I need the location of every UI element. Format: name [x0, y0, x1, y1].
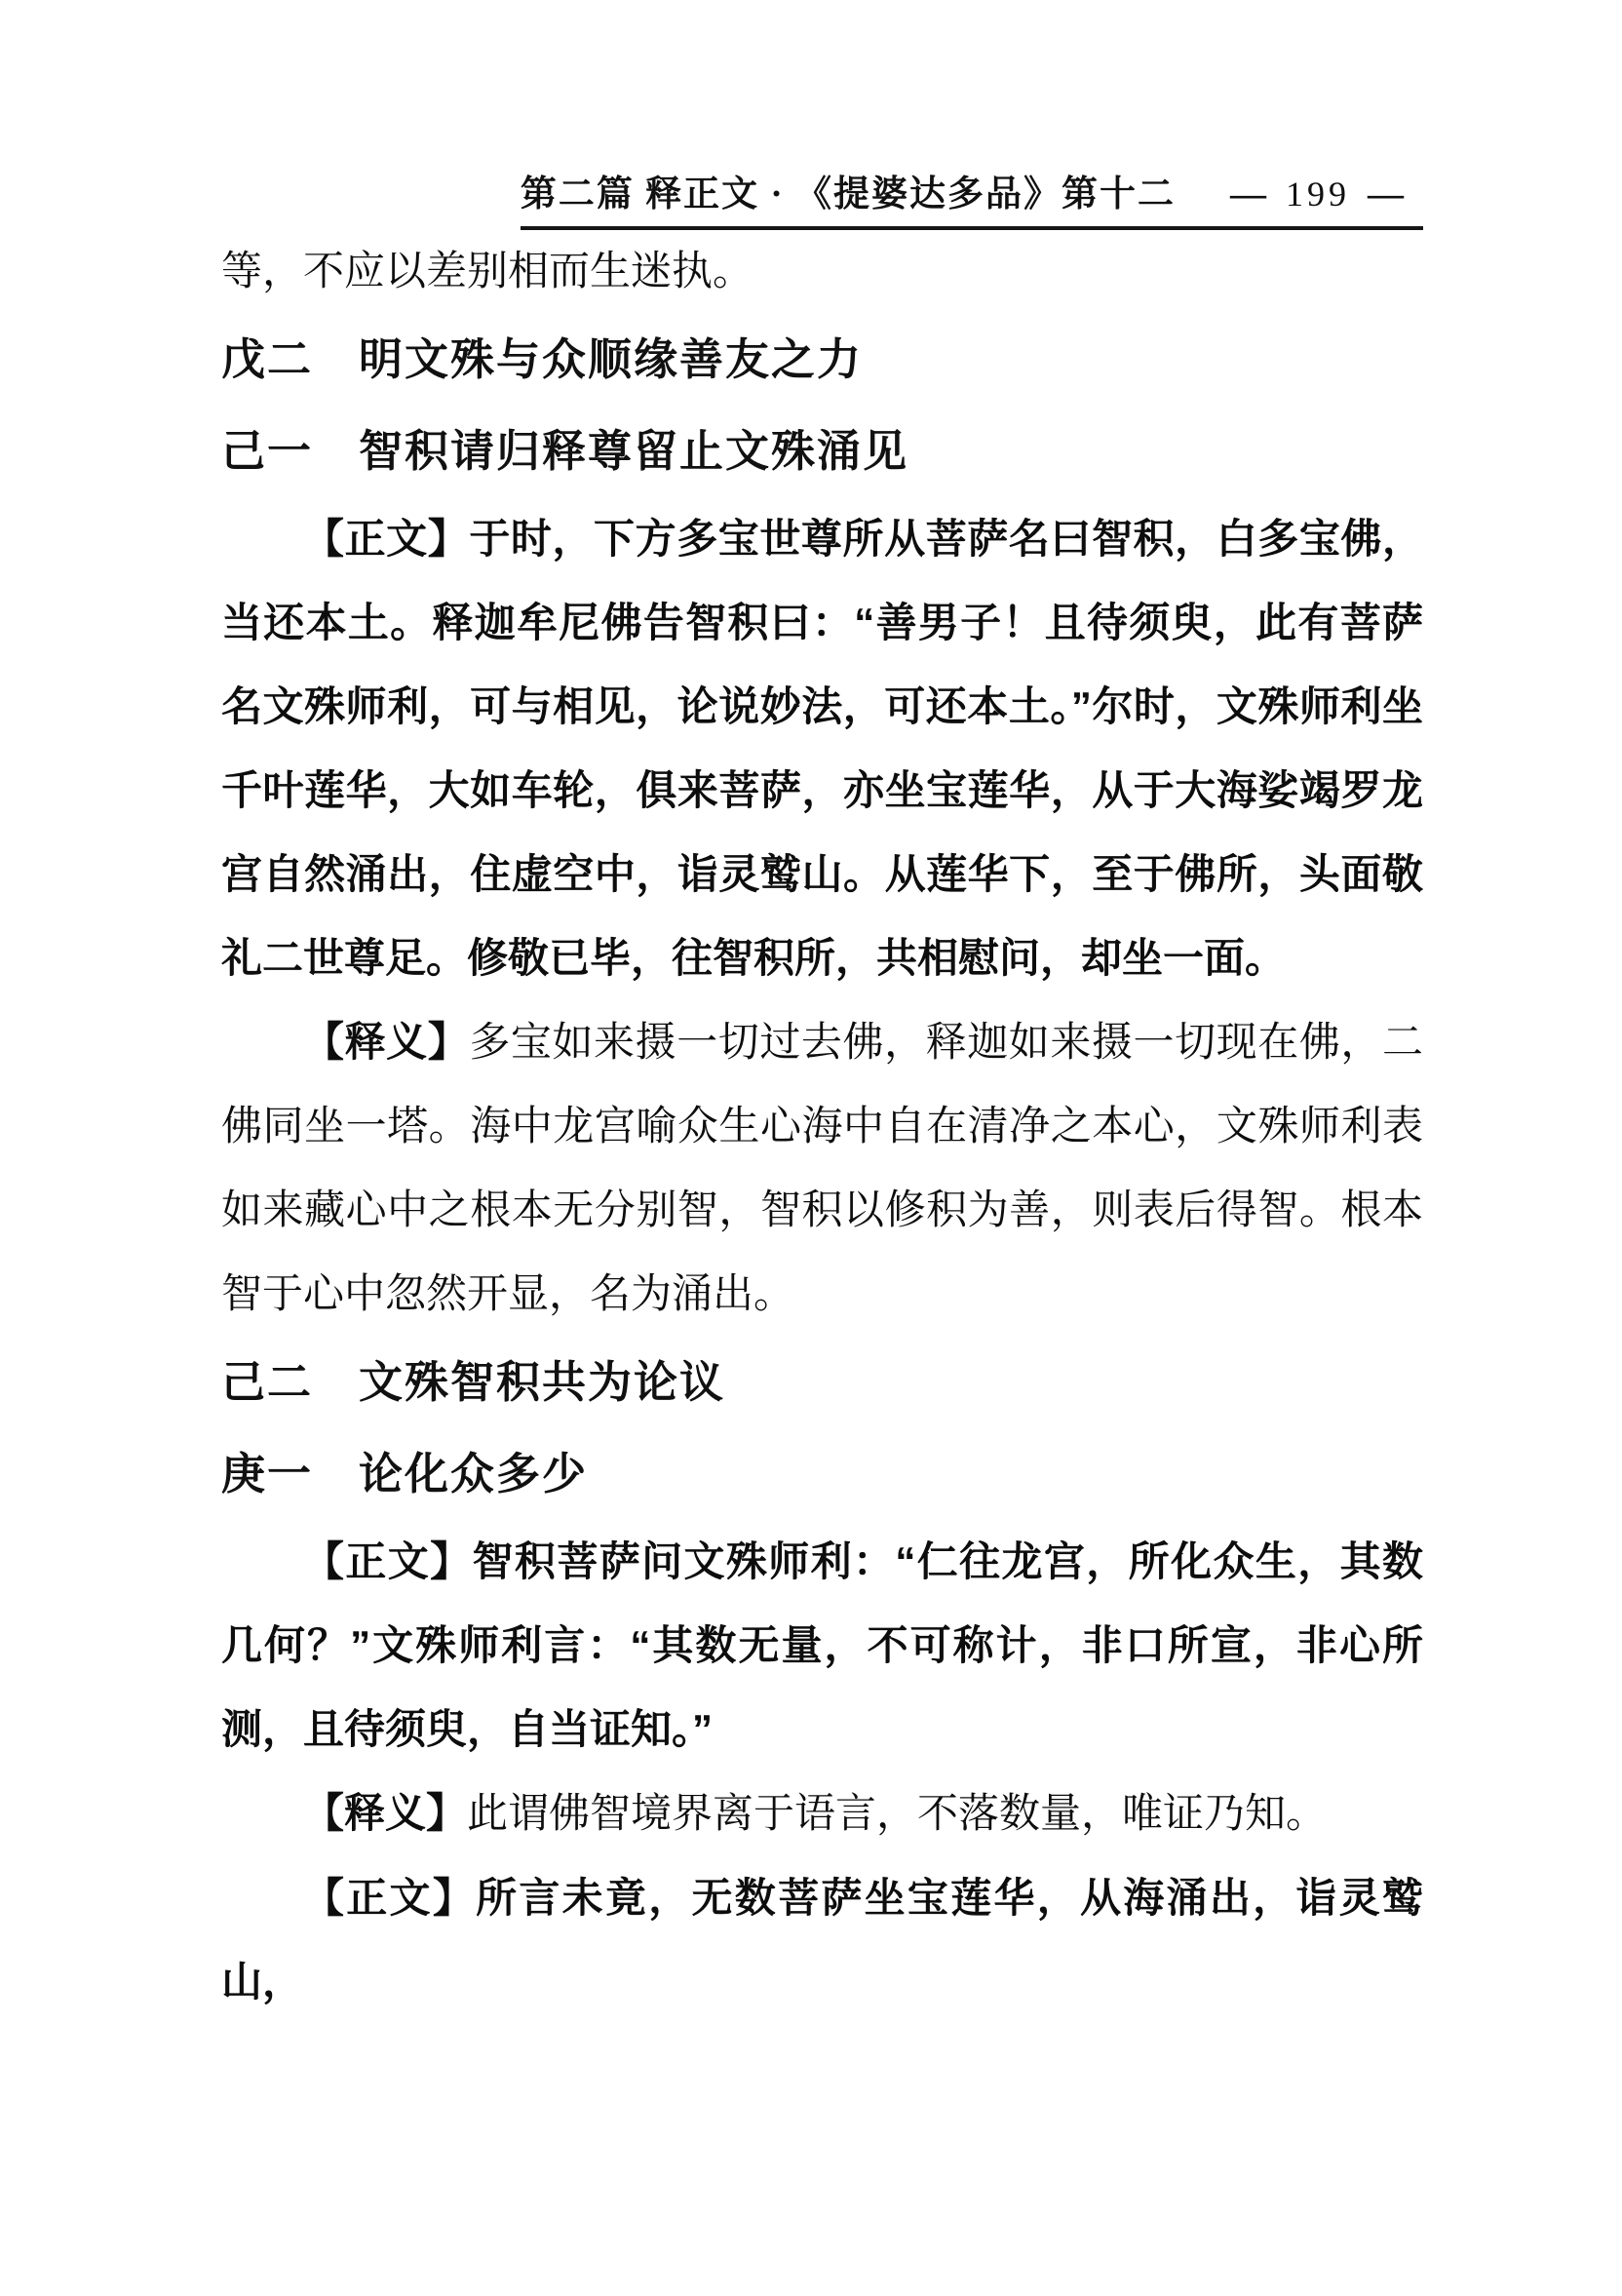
- page-number-group: —199—: [1213, 175, 1423, 214]
- paragraph-continuation: 等，不应以差别相而生迷执。: [221, 230, 1423, 314]
- section-heading-ji-er: 己二 文殊智积共为论议: [221, 1337, 1423, 1428]
- zhengwen-label: 【正文】: [303, 1538, 473, 1584]
- shiyi-text: 多宝如来摄一切过去佛，释迦如来摄一切现在佛，二佛同坐一塔。海中龙宫喻众生心海中自…: [221, 1021, 1423, 1317]
- zhengwen-label: 【正文】: [303, 516, 469, 562]
- running-title: 第二篇 释正文 · 《提婆达多品》第十二: [521, 175, 1176, 214]
- page-number: 199: [1286, 175, 1350, 214]
- paragraph-shiyi-2: 【释义】此谓佛智境界离于语言，不落数量，唯证乃知。: [221, 1771, 1423, 1856]
- paragraph-zhengwen-3: 【正文】所言未竟，无数菩萨坐宝莲华，从海涌出，诣灵鹫山，: [221, 1856, 1423, 2024]
- paragraph-shiyi-1: 【释义】多宝如来摄一切过去佛，释迦如来摄一切现在佛，二佛同坐一塔。海中龙宫喻众生…: [221, 1000, 1423, 1337]
- shiyi-label: 【释义】: [303, 1790, 467, 1836]
- page-header: 第二篇 释正文 · 《提婆达多品》第十二—199—: [221, 164, 1423, 230]
- shiyi-text: 此谓佛智境界离于语言，不落数量，唯证乃知。: [467, 1792, 1327, 1837]
- paragraph-zhengwen-1: 【正文】于时，下方多宝世尊所从菩萨名曰智积，白多宝佛，当还本土。释迦牟尼佛告智积…: [221, 497, 1423, 1000]
- running-header: 第二篇 释正文 · 《提婆达多品》第十二—199—: [521, 164, 1423, 230]
- paragraph-zhengwen-2: 【正文】智积菩萨问文殊师利：“仁往龙宫，所化众生，其数几何？”文殊师利言：“其数…: [221, 1520, 1423, 1771]
- page-number-dash-left: —: [1230, 175, 1268, 214]
- section-heading-wu-er: 戊二 明文殊与众顺缘善友之力: [221, 314, 1423, 406]
- page-body: 等，不应以差别相而生迷执。 戊二 明文殊与众顺缘善友之力 己一 智积请归释尊留止…: [221, 230, 1423, 2024]
- zhengwen-label: 【正文】: [303, 1875, 476, 1921]
- zhengwen-text: 于时，下方多宝世尊所从菩萨名曰智积，白多宝佛，当还本土。释迦牟尼佛告智积曰：“善…: [221, 516, 1423, 981]
- section-heading-geng-yi: 庚一 论化众多少: [221, 1428, 1423, 1520]
- page-number-dash-right: —: [1368, 175, 1406, 214]
- section-heading-ji-yi: 己一 智积请归释尊留止文殊涌见: [221, 406, 1423, 497]
- shiyi-label: 【释义】: [303, 1019, 469, 1065]
- book-page: 第二篇 释正文 · 《提婆达多品》第十二—199— 等，不应以差别相而生迷执。 …: [0, 0, 1622, 2296]
